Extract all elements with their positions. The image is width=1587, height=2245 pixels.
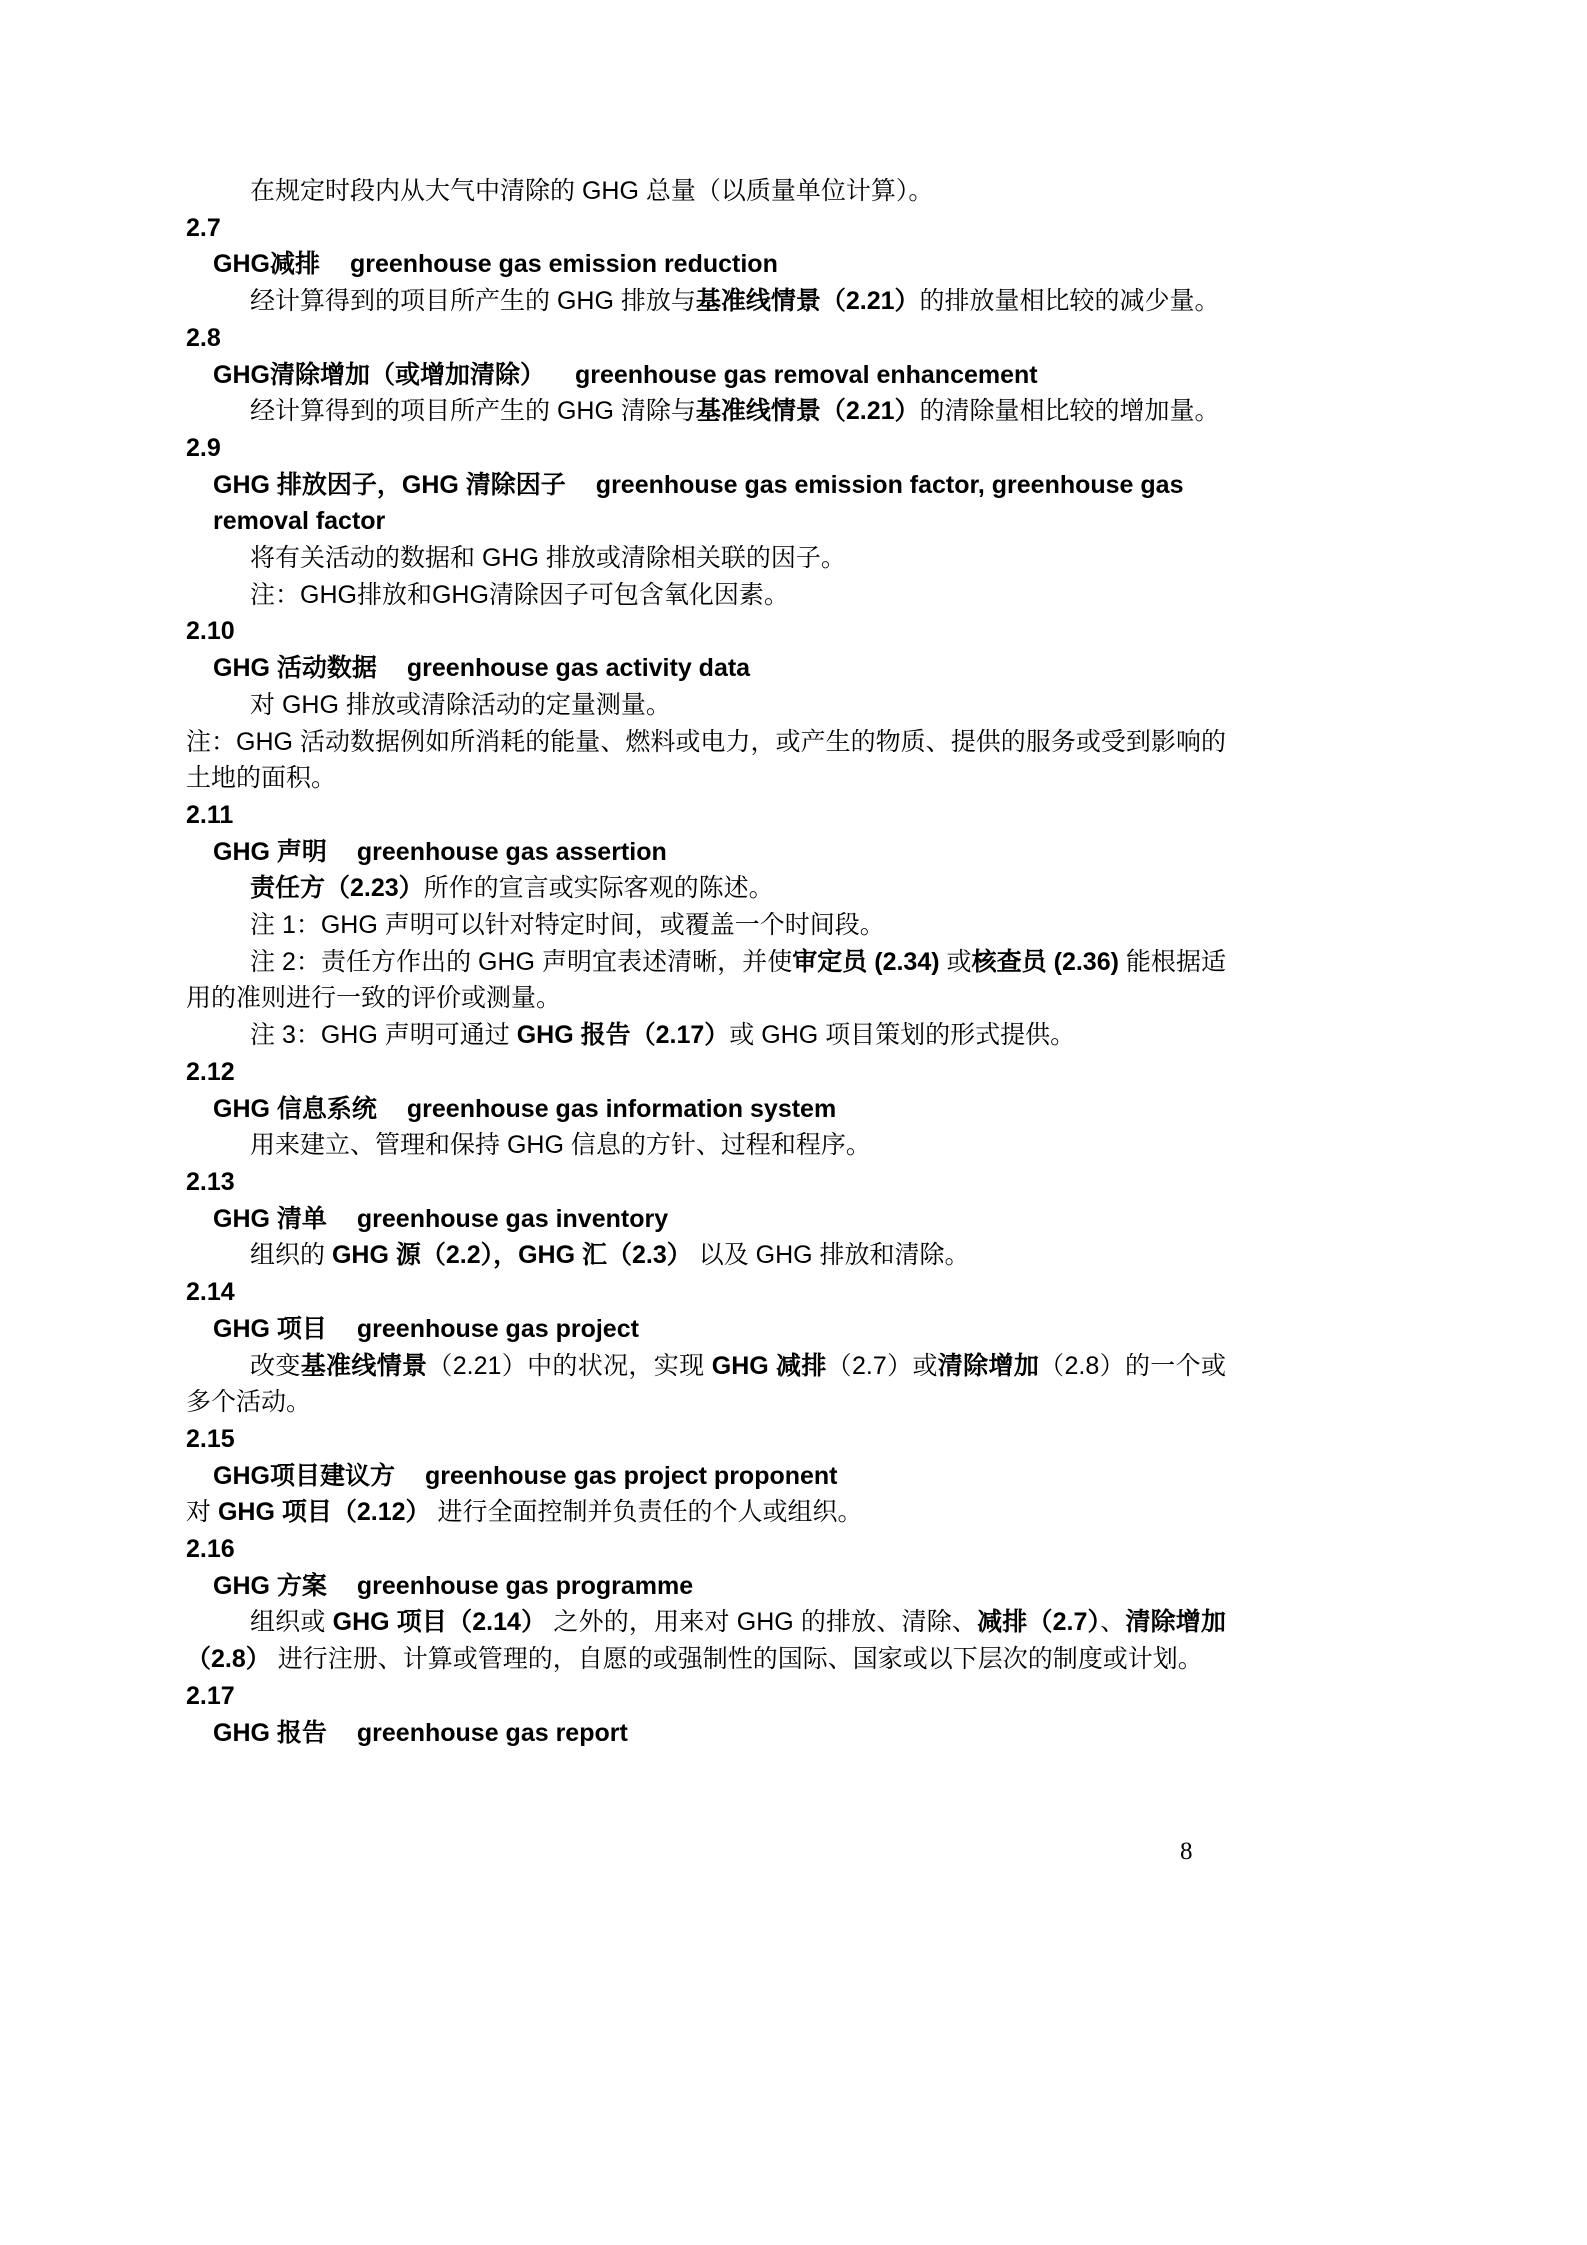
note-paragraph: 注：GHG 活动数据例如所消耗的能量、燃料或电力，或产生的物质、提供的服务或受到… — [186, 724, 1226, 797]
terms-and-definitions-content: 在规定时段内从大气中清除的 GHG 总量（以质量单位计算）。2.7GHG减排gr… — [186, 173, 1226, 1751]
term-section: 2.10GHG 活动数据greenhouse gas activity data… — [186, 613, 1226, 797]
term-section: 2.16GHG 方案greenhouse gas programme组织或 GH… — [186, 1531, 1226, 1678]
bold-term-reference: 基准线情景 — [301, 1352, 428, 1380]
term-heading: GHG 活动数据greenhouse gas activity data — [186, 650, 1226, 687]
term-heading-english: greenhouse gas removal enhancement — [575, 361, 1038, 389]
bold-term-reference: 审定员 (2.34) — [792, 948, 939, 976]
paragraph-text: 以及 GHG 排放和清除。 — [692, 1241, 970, 1269]
paragraph-text: 经计算得到的项目所产生的 GHG 排放与 — [250, 287, 696, 315]
note-paragraph: 注 2：责任方作出的 GHG 声明宜表述清晰，并使审定员 (2.34) 或核查员… — [186, 944, 1226, 1017]
note-paragraph: 注：GHG排放和GHG清除因子可包含氧化因素。 — [186, 577, 1226, 614]
paragraph-text: 注：GHG排放和GHG清除因子可包含氧化因素。 — [250, 581, 789, 609]
term-heading-english: greenhouse gas activity data — [407, 654, 750, 682]
paragraph-text: 注 2：责任方作出的 GHG 声明宜表述清晰，并使 — [250, 948, 792, 976]
term-heading: GHG 排放因子，GHG 清除因子greenhouse gas emission… — [186, 467, 1226, 540]
note-paragraph: 注 3：GHG 声明可通过 GHG 报告（2.17）或 GHG 项目策划的形式提… — [186, 1017, 1226, 1054]
term-heading-chinese: GHG 方案 — [213, 1572, 327, 1600]
definition-paragraph: 用来建立、管理和保持 GHG 信息的方针、过程和程序。 — [186, 1127, 1226, 1164]
term-heading-english: greenhouse gas assertion — [357, 838, 667, 866]
term-heading-chinese: GHG 声明 — [213, 838, 327, 866]
term-heading-chinese: GHG清除增加（或增加清除） — [213, 361, 545, 389]
term-heading-chinese: GHG 报告 — [213, 1719, 327, 1747]
term-heading-chinese: GHG 清单 — [213, 1205, 327, 1233]
term-heading: GHG 报告greenhouse gas report — [186, 1715, 1226, 1752]
bold-term-reference: GHG 源（2.2），GHG 汇（2.3） — [332, 1241, 692, 1269]
term-section: 2.15GHG项目建议方greenhouse gas project propo… — [186, 1421, 1226, 1531]
term-section: 2.11GHG 声明greenhouse gas assertion责任方（2.… — [186, 797, 1226, 1054]
page-number: 8 — [1180, 1838, 1193, 1866]
definition-paragraph: 对 GHG 排放或清除活动的定量测量。 — [186, 687, 1226, 724]
paragraph-text: 改变 — [250, 1352, 301, 1380]
term-heading-english: greenhouse gas report — [357, 1719, 628, 1747]
bold-term-reference: 清除增加 — [938, 1352, 1039, 1380]
term-heading-chinese: GHG 活动数据 — [213, 654, 377, 682]
term-heading-english: greenhouse gas programme — [357, 1572, 693, 1600]
paragraph-text: 经计算得到的项目所产生的 GHG 清除与 — [250, 397, 696, 425]
term-heading: GHG减排greenhouse gas emission reduction — [186, 246, 1226, 283]
intro-paragraph: 在规定时段内从大气中清除的 GHG 总量（以质量单位计算）。 — [186, 173, 1226, 210]
definition-paragraph: 经计算得到的项目所产生的 GHG 清除与基准线情景（2.21）的清除量相比较的增… — [186, 393, 1226, 430]
paragraph-text: 对 GHG 排放或清除活动的定量测量。 — [250, 691, 671, 719]
bold-term-reference: GHG 项目（2.14） — [333, 1608, 547, 1636]
term-heading-english: greenhouse gas project proponent — [425, 1462, 838, 1490]
term-number: 2.12 — [186, 1054, 1226, 1091]
term-number: 2.7 — [186, 210, 1226, 247]
bold-term-reference: GHG 报告（2.17） — [517, 1021, 730, 1049]
paragraph-text: 进行全面控制并负责任的个人或组织。 — [431, 1498, 863, 1526]
paragraph-text: （2.21）中的状况，实现 — [427, 1352, 711, 1380]
term-number: 2.10 — [186, 613, 1226, 650]
paragraph-text: 之外的，用来对 GHG 的排放、清除、 — [546, 1608, 977, 1636]
term-number: 2.13 — [186, 1164, 1226, 1201]
term-heading: GHG 声明greenhouse gas assertion — [186, 834, 1226, 871]
term-section: 2.14GHG 项目greenhouse gas project改变基准线情景（… — [186, 1274, 1226, 1421]
term-heading-english: greenhouse gas information system — [407, 1095, 836, 1123]
paragraph-text: 、 — [1100, 1608, 1125, 1636]
term-heading: GHG清除增加（或增加清除）greenhouse gas removal enh… — [186, 357, 1226, 394]
definition-paragraph: 经计算得到的项目所产生的 GHG 排放与基准线情景（2.21）的排放量相比较的减… — [186, 283, 1226, 320]
definition-paragraph: 对 GHG 项目（2.12） 进行全面控制并负责任的个人或组织。 — [186, 1494, 1226, 1531]
paragraph-text: 的排放量相比较的减少量。 — [920, 287, 1220, 315]
paragraph-text: 或 — [940, 948, 972, 976]
note-paragraph: 注 1：GHG 声明可以针对特定时间，或覆盖一个时间段。 — [186, 907, 1226, 944]
term-heading-chinese: GHG减排 — [213, 250, 320, 278]
term-section: 2.7GHG减排greenhouse gas emission reductio… — [186, 210, 1226, 320]
term-heading: GHG 清单greenhouse gas inventory — [186, 1201, 1226, 1238]
bold-term-reference: GHG 项目（2.12） — [218, 1498, 431, 1526]
term-number: 2.9 — [186, 430, 1226, 467]
paragraph-text: 用来建立、管理和保持 GHG 信息的方针、过程和程序。 — [250, 1131, 871, 1159]
paragraph-text: （2.7）或 — [827, 1352, 938, 1380]
term-heading: GHG 信息系统greenhouse gas information syste… — [186, 1091, 1226, 1128]
term-heading-chinese: GHG项目建议方 — [213, 1462, 395, 1490]
term-number: 2.11 — [186, 797, 1226, 834]
definition-paragraph: 组织的 GHG 源（2.2），GHG 汇（2.3） 以及 GHG 排放和清除。 — [186, 1237, 1226, 1274]
term-number: 2.8 — [186, 320, 1226, 357]
definition-paragraph: 将有关活动的数据和 GHG 排放或清除相关联的因子。 — [186, 540, 1226, 577]
bold-term-reference: 核查员 (2.36) — [972, 948, 1119, 976]
term-number: 2.14 — [186, 1274, 1226, 1311]
paragraph-text: 或 GHG 项目策划的形式提供。 — [729, 1021, 1075, 1049]
term-heading: GHG项目建议方greenhouse gas project proponent — [186, 1458, 1226, 1495]
term-section: 2.12GHG 信息系统greenhouse gas information s… — [186, 1054, 1226, 1164]
definition-paragraph: 组织或 GHG 项目（2.14） 之外的，用来对 GHG 的排放、清除、减排（2… — [186, 1604, 1226, 1677]
term-number: 2.16 — [186, 1531, 1226, 1568]
paragraph-text: 注 3：GHG 声明可通过 — [250, 1021, 517, 1049]
term-heading-english: greenhouse gas inventory — [357, 1205, 668, 1233]
term-section: 2.9GHG 排放因子，GHG 清除因子greenhouse gas emiss… — [186, 430, 1226, 614]
definition-paragraph: 改变基准线情景（2.21）中的状况，实现 GHG 减排（2.7）或清除增加（2.… — [186, 1348, 1226, 1421]
paragraph-text: 所作的宣言或实际客观的陈述。 — [424, 874, 774, 902]
term-section: 2.8GHG清除增加（或增加清除）greenhouse gas removal … — [186, 320, 1226, 430]
paragraph-text: 对 — [186, 1498, 218, 1526]
paragraph-text: 组织的 — [250, 1241, 332, 1269]
bold-term-reference: GHG 减排 — [712, 1352, 827, 1380]
term-heading: GHG 方案greenhouse gas programme — [186, 1568, 1226, 1605]
paragraph-text: 注：GHG 活动数据例如所消耗的能量、燃料或电力，或产生的物质、提供的服务或受到… — [186, 728, 1226, 793]
term-heading-chinese: GHG 排放因子，GHG 清除因子 — [213, 471, 566, 499]
term-heading-chinese: GHG 项目 — [213, 1315, 327, 1343]
bold-term-reference: 基准线情景（2.21） — [696, 287, 920, 315]
paragraph-text: 将有关活动的数据和 GHG 排放或清除相关联的因子。 — [250, 544, 846, 572]
bold-term-reference: 责任方（2.23） — [250, 874, 424, 902]
paragraph-text: 注 1：GHG 声明可以针对特定时间，或覆盖一个时间段。 — [250, 911, 885, 939]
bold-term-reference: 减排（2.7） — [977, 1608, 1100, 1636]
bold-term-reference: 基准线情景（2.21） — [696, 397, 920, 425]
term-number: 2.17 — [186, 1678, 1226, 1715]
term-section: 2.13GHG 清单greenhouse gas inventory组织的 GH… — [186, 1164, 1226, 1274]
paragraph-text: 组织或 — [250, 1608, 333, 1636]
term-heading-chinese: GHG 信息系统 — [213, 1095, 377, 1123]
definition-paragraph: 责任方（2.23）所作的宣言或实际客观的陈述。 — [186, 870, 1226, 907]
paragraph-text: 在规定时段内从大气中清除的 GHG 总量（以质量单位计算）。 — [250, 177, 933, 205]
term-heading-english: greenhouse gas project — [357, 1315, 639, 1343]
paragraph-text: 进行注册、计算或管理的，自愿的或强制性的国际、国家或以下层次的制度或计划。 — [271, 1645, 1203, 1673]
term-heading: GHG 项目greenhouse gas project — [186, 1311, 1226, 1348]
term-heading-english: greenhouse gas emission reduction — [350, 250, 778, 278]
term-section: 2.17GHG 报告greenhouse gas report — [186, 1678, 1226, 1751]
paragraph-text: 的清除量相比较的增加量。 — [920, 397, 1220, 425]
term-number: 2.15 — [186, 1421, 1226, 1458]
document-page: 在规定时段内从大气中清除的 GHG 总量（以质量单位计算）。2.7GHG减排gr… — [0, 0, 1587, 2245]
